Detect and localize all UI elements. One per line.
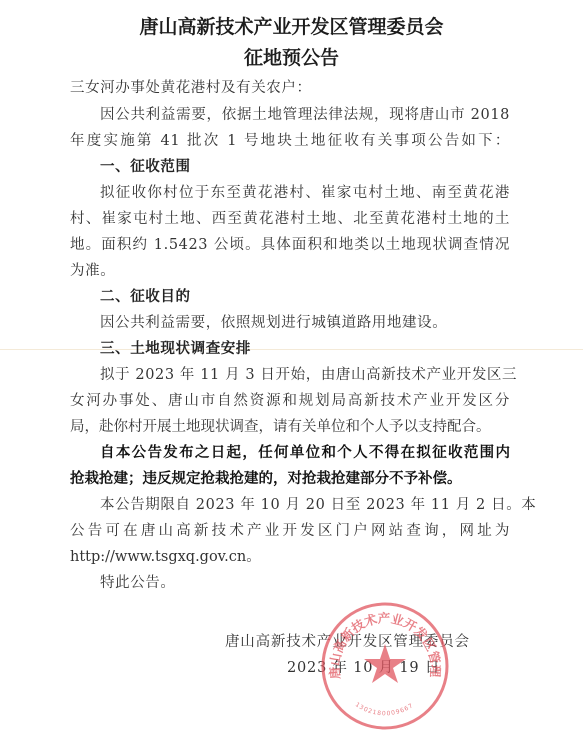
- survey-line-1: 拟于 2023 年 11 月 3 日开始，由唐山高新技术产业开发区三: [100, 362, 510, 388]
- scope-line-4: 为准。: [70, 258, 510, 284]
- intro-line-2: 年度实施第 41 批次 1 号地块土地征收有关事项公告如下：: [70, 128, 510, 154]
- salutation: 三女河办事处黄花港村及有关农户：: [70, 75, 510, 101]
- issuer-title: 唐山高新技术产业开发区管理委员会: [0, 12, 583, 39]
- signature-date: 2023 年 10 月 19 日: [287, 656, 440, 677]
- section-heading-scope: 一、征收范围: [100, 154, 510, 180]
- signature-issuer: 唐山高新技术产业开发区管理委员会: [225, 630, 470, 651]
- intro-line-1: 因公共利益需要，依据土地管理法律法规，现将唐山市 2018: [100, 102, 510, 128]
- scope-line-3: 地。面积约 1.5423 公顷。具体面积和地类以土地现状调查情况: [70, 232, 510, 258]
- scope-line-2: 村、崔家屯村土地、西至黄花港村土地、北至黄花港村土地的土: [70, 206, 510, 232]
- survey-line-3: 局，赴你村开展土地现状调查，请有关单位和个人予以支持配合。: [70, 414, 510, 440]
- announcement-page: 唐山高新技术产业开发区管理委员会 征地预公告 三女河办事处黄花港村及有关农户： …: [0, 0, 583, 735]
- bold-notice-line-2: 抢栽抢建；违反规定抢栽抢建的，对抢栽抢建部分不予补偿。: [70, 466, 510, 492]
- section-heading-purpose: 二、征收目的: [100, 284, 510, 310]
- bold-notice-line-1: 自本公告发布之日起，任何单位和个人不得在拟征收范围内: [100, 440, 510, 466]
- scope-line-1: 拟征收你村位于东至黄花港村、崔家屯村土地、南至黄花港: [100, 180, 510, 206]
- survey-line-2: 女河办事处、唐山市自然资源和规划局高新技术产业开发区分: [70, 388, 510, 414]
- document-title: 征地预公告: [0, 43, 583, 70]
- period-line-1: 本公告期限自 2023 年 10 月 20 日至 2023 年 11 月 2 日…: [100, 492, 510, 518]
- closing-text: 特此公告。: [100, 570, 510, 596]
- purpose-line-1: 因公共利益需要，依照规划进行城镇道路用地建设。: [100, 310, 510, 336]
- svg-text:1302180009667: 1302180009667: [354, 701, 415, 717]
- period-line-2: 公告可在唐山高新技术产业开发区门户网站查询，网址为: [70, 518, 510, 544]
- section-heading-survey: 三、土地现状调查安排: [100, 336, 510, 362]
- website-url: http://www.tsgxq.gov.cn。: [70, 544, 510, 570]
